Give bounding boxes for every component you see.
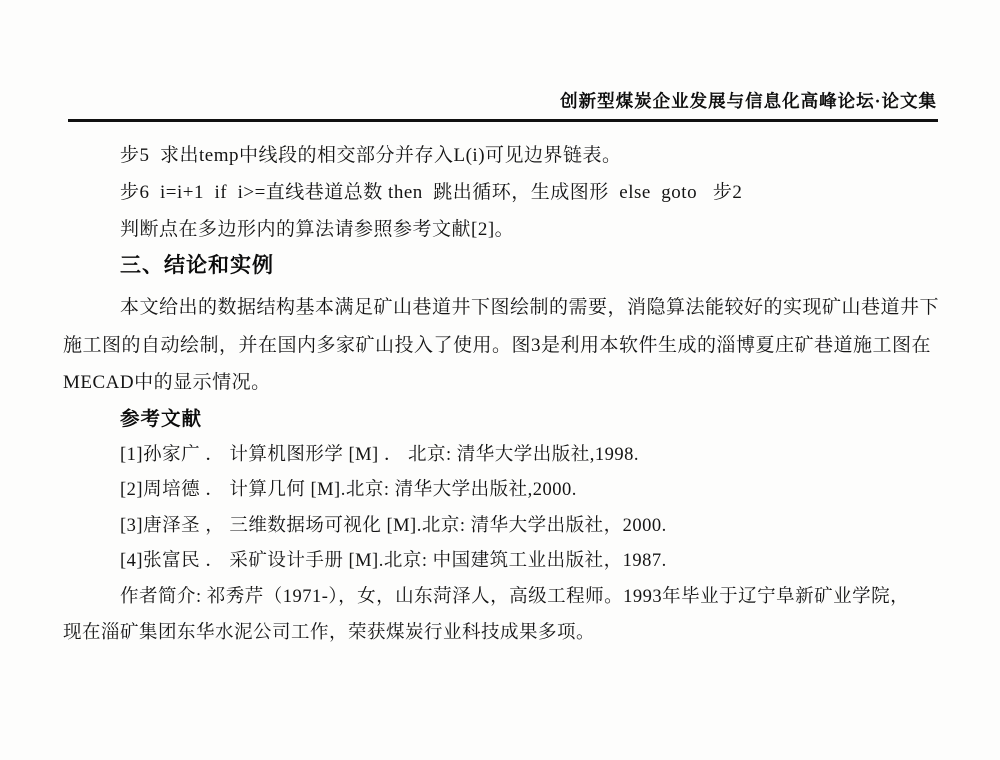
reference-item-4: [4]张富民 ． 采矿设计手册 [M].北京: 中国建筑工业出版社，1987. [120, 546, 667, 572]
author-bio-line-2: 现在淄矿集团东华水泥公司工作，荣获煤炭行业科技成果多项。 [63, 618, 595, 644]
conclusion-paragraph-line-1: 本文给出的数据结构基本满足矿山巷道井下图绘制的需要，消隐算法能较好的实现矿山巷道… [120, 292, 939, 319]
author-bio-line-1: 作者简介: 祁秀芹（1971-），女，山东菏泽人，高级工程师。1993年毕业于辽… [120, 582, 909, 608]
conclusion-paragraph-line-3: MECAD中的显示情况。 [63, 367, 271, 394]
paper-page: 创新型煤炭企业发展与信息化高峰论坛·论文集 步5 求出temp中线段的相交部分并… [0, 0, 1000, 760]
reference-item-3: [3]唐泽圣 ， 三维数据场可视化 [M].北京: 清华大学出版社，2000. [120, 511, 667, 537]
reference-item-1: [1]孙家广 ． 计算机图形学 [M] ． 北京: 清华大学出版社,1998. [120, 440, 639, 466]
algorithm-step6: 步6 i=i+1 if i>=直线巷道总数 then 跳出循环，生成图形 els… [120, 177, 742, 204]
algorithm-note: 判断点在多边形内的算法请参照参考文献[2]。 [120, 214, 514, 241]
reference-item-2: [2]周培德 ． 计算几何 [M].北京: 清华大学出版社,2000. [120, 475, 577, 501]
conclusion-paragraph-line-2: 施工图的自动绘制，并在国内多家矿山投入了使用。图3是利用本软件生成的淄博夏庄矿巷… [63, 330, 931, 357]
references-heading: 参考文献 [120, 403, 202, 431]
header-rule [68, 119, 938, 122]
running-header-title: 创新型煤炭企业发展与信息化高峰论坛·论文集 [560, 88, 937, 113]
algorithm-step5: 步5 求出temp中线段的相交部分并存入L(i)可见边界链表。 [120, 140, 622, 167]
section-heading-conclusion: 三、结论和实例 [120, 249, 274, 279]
